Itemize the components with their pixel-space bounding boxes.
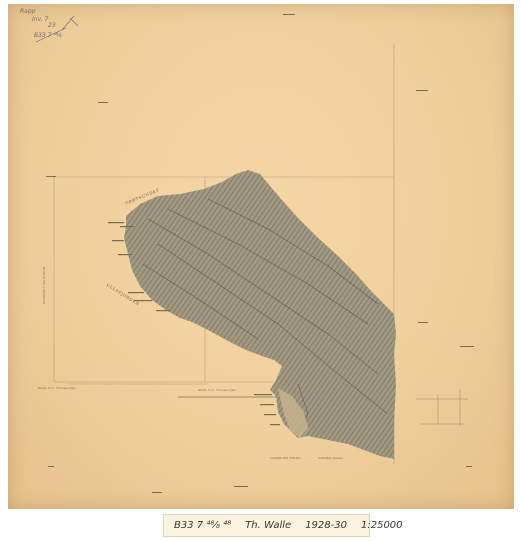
map-drawing	[8, 4, 514, 509]
left-scale-note: Ekvid. 5 m. Tromsø fylke	[38, 386, 76, 390]
survey-years: 1928-30	[305, 520, 347, 531]
pencil-note-3: 23	[48, 22, 56, 29]
sheet-code: B33 7 ⁴⁸⁄₈ ⁴⁸	[174, 520, 231, 531]
center-scale-note: Ekvid. 5 m. Tromsø fylke	[198, 388, 236, 392]
terrain-landmass	[124, 170, 396, 459]
pencil-note-1: Rapp	[20, 8, 35, 15]
pencil-stamp: B33 7 ⁴⁸⁄₈	[34, 32, 62, 39]
map-scale: 1:25000	[361, 520, 403, 531]
pencil-note-2: Inv. 7	[32, 16, 48, 23]
bottom-label-1: FAGERLIDS POLEN	[270, 456, 301, 460]
bottom-label-2: KARNES Fjeldet	[318, 456, 343, 460]
corner-legend	[416, 389, 468, 426]
left-vertical-note: GRADNETT OG KOORD.	[42, 266, 46, 304]
surveyor: Th. Walle	[245, 520, 291, 531]
catalog-label: B33 7 ⁴⁸⁄₈ ⁴⁸ Th. Walle 1928-30 1:25000	[163, 514, 370, 537]
map-sheet: Rapp Inv. 7 23 B33 7 ⁴⁸⁄₈ GRØTSUNDET ULL…	[8, 4, 514, 509]
